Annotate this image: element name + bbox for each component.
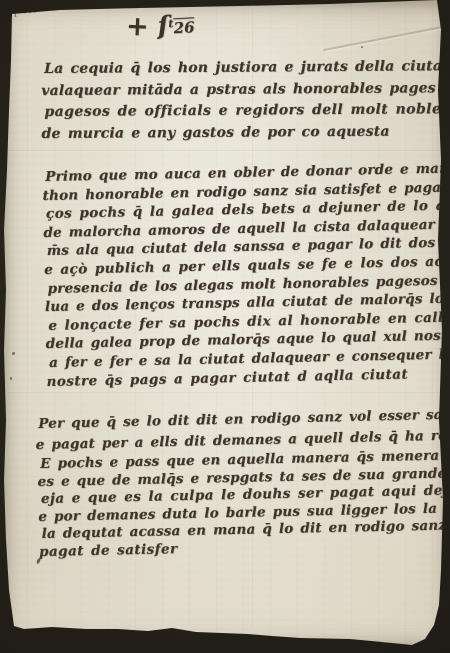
ink-speck (12, 352, 15, 355)
paragraph-address: La cequia q̄ los hon justiora e jurats d… (44, 56, 450, 145)
header-invocation-mark: +ſt26 (125, 8, 195, 43)
manuscript-page: ı ··· +ſt26 La cequia q̄ los hon justior… (0, 0, 450, 653)
header-number: 26 (173, 18, 195, 37)
paper-fold-line (8, 392, 442, 393)
corner-annotation: ı ··· (14, 8, 39, 20)
cross-icon: + (125, 11, 149, 43)
paper-crease (323, 23, 450, 51)
text-line: de murcia e any gastos de por co aquesta (41, 120, 450, 145)
text-line: La cequia q̄ los hon justiora e jurats d… (44, 56, 450, 81)
paragraph-petition: Primo que mo auca en obler de donar orde… (45, 158, 450, 391)
text-line: pagesos de officials e regidors dell mol… (44, 99, 450, 124)
ink-speck (10, 377, 12, 380)
text-line: valaquear mitāda a pstras als honorables… (41, 77, 450, 102)
ink-speck (361, 46, 363, 48)
manuscript-photo: ı ··· +ſt26 La cequia q̄ los hon justior… (0, 0, 450, 653)
paper-fold-line (10, 150, 440, 151)
paragraph-resolution: E pochs e pass que en aquella manera q̄s… (40, 446, 450, 562)
